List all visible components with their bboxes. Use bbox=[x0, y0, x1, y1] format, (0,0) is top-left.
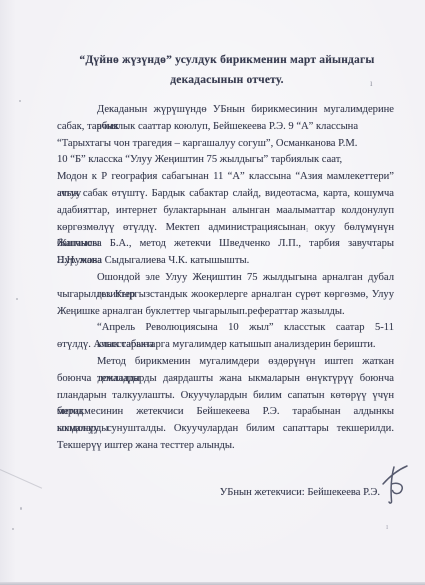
scanned-document-page: “Дүйнө жүзүндө” усулдук бирикменин март … bbox=[0, 0, 425, 585]
text-line: адабияттар, интернет булактарынан алынга… bbox=[57, 203, 394, 220]
text-line: көргөзмөлүү өтүлдү. Мектеп администрация… bbox=[57, 220, 394, 237]
text-line: Декаданын жүрүшүндө УБнын бирикмесинин м… bbox=[57, 102, 394, 119]
paper-speck bbox=[12, 528, 14, 530]
title-line-2: декадасынын отчету. bbox=[57, 70, 397, 90]
text-line: “Тарыхтагы чон трагедия – каргашалуу сог… bbox=[57, 136, 394, 153]
signature-line: УБнын жетекчиси: Бейшекеева Р.Э. bbox=[57, 487, 380, 498]
text-line: Метод бирикменин мугалимдери өздөрүнүн и… bbox=[57, 354, 394, 371]
document-body: Декаданын жүрүшүндө УБнын бирикмесинин м… bbox=[57, 102, 394, 455]
text-line: колдонуу сунушталды. Окуучулардан билим … bbox=[57, 421, 394, 438]
signature-text: УБнын жетекчиси: Бейшекеева Р.Э. bbox=[220, 487, 380, 498]
handwritten-signature bbox=[376, 462, 416, 508]
text-line: өтүлдү. Ачык сабактарга мугалимдер катыш… bbox=[57, 337, 394, 354]
text-line: Ошондой эле Улуу Жеңиштин 75 жылдыгына а… bbox=[57, 270, 394, 287]
text-line: ачык сабак өтүштү. Бардык сабактар слайд… bbox=[57, 186, 394, 203]
text-line: Текшерүү иштер жана тесттер алынды. bbox=[57, 438, 394, 455]
text-line: Э.Н. жана Сыдыгалиева Ч.К. катышышты. bbox=[57, 253, 394, 270]
text-line: чыгарылды. Кыргызстандык жоокерлерге арн… bbox=[57, 287, 394, 304]
text-line: боюнча докладдарды даярдашты жана ыкмала… bbox=[57, 371, 394, 388]
paper-speck bbox=[19, 100, 21, 102]
paper-scratch bbox=[0, 468, 42, 488]
title-line-1: “Дүйнө жүзүндө” усулдук бирикменин март … bbox=[57, 50, 397, 70]
text-line: 10 “Б” класска “Улуу Жеңиштин 75 жылдыгы… bbox=[57, 152, 394, 169]
text-line: сабак, тарбиялык сааттар коюлуп, Бейшеке… bbox=[57, 119, 394, 136]
text-line: пландарын талкуулашты. Окуучулардын били… bbox=[57, 388, 394, 405]
text-line: бирикмесинин жетекчиси Бейшекеева Р.Э. т… bbox=[57, 404, 394, 421]
paper-speck bbox=[20, 507, 22, 510]
document-title: “Дүйнө жүзүндө” усулдук бирикменин март … bbox=[57, 50, 397, 90]
paper-speck bbox=[16, 298, 18, 300]
scan-artifact-mark: ı bbox=[370, 78, 373, 88]
text-line: Жеңишке арналган буклеттер чыгарылып.реф… bbox=[57, 304, 394, 321]
scan-artifact-mark: ı bbox=[386, 522, 388, 531]
text-line: Модон к Р география сабагынан 11 “А” кла… bbox=[57, 169, 394, 186]
text-line: “Апрель Революциясына 10 жыл” класстык с… bbox=[57, 320, 394, 337]
paper-speck bbox=[204, 360, 205, 361]
text-line: Жапанова Б.А., метод жетекчи Шведченко Л… bbox=[57, 236, 394, 253]
